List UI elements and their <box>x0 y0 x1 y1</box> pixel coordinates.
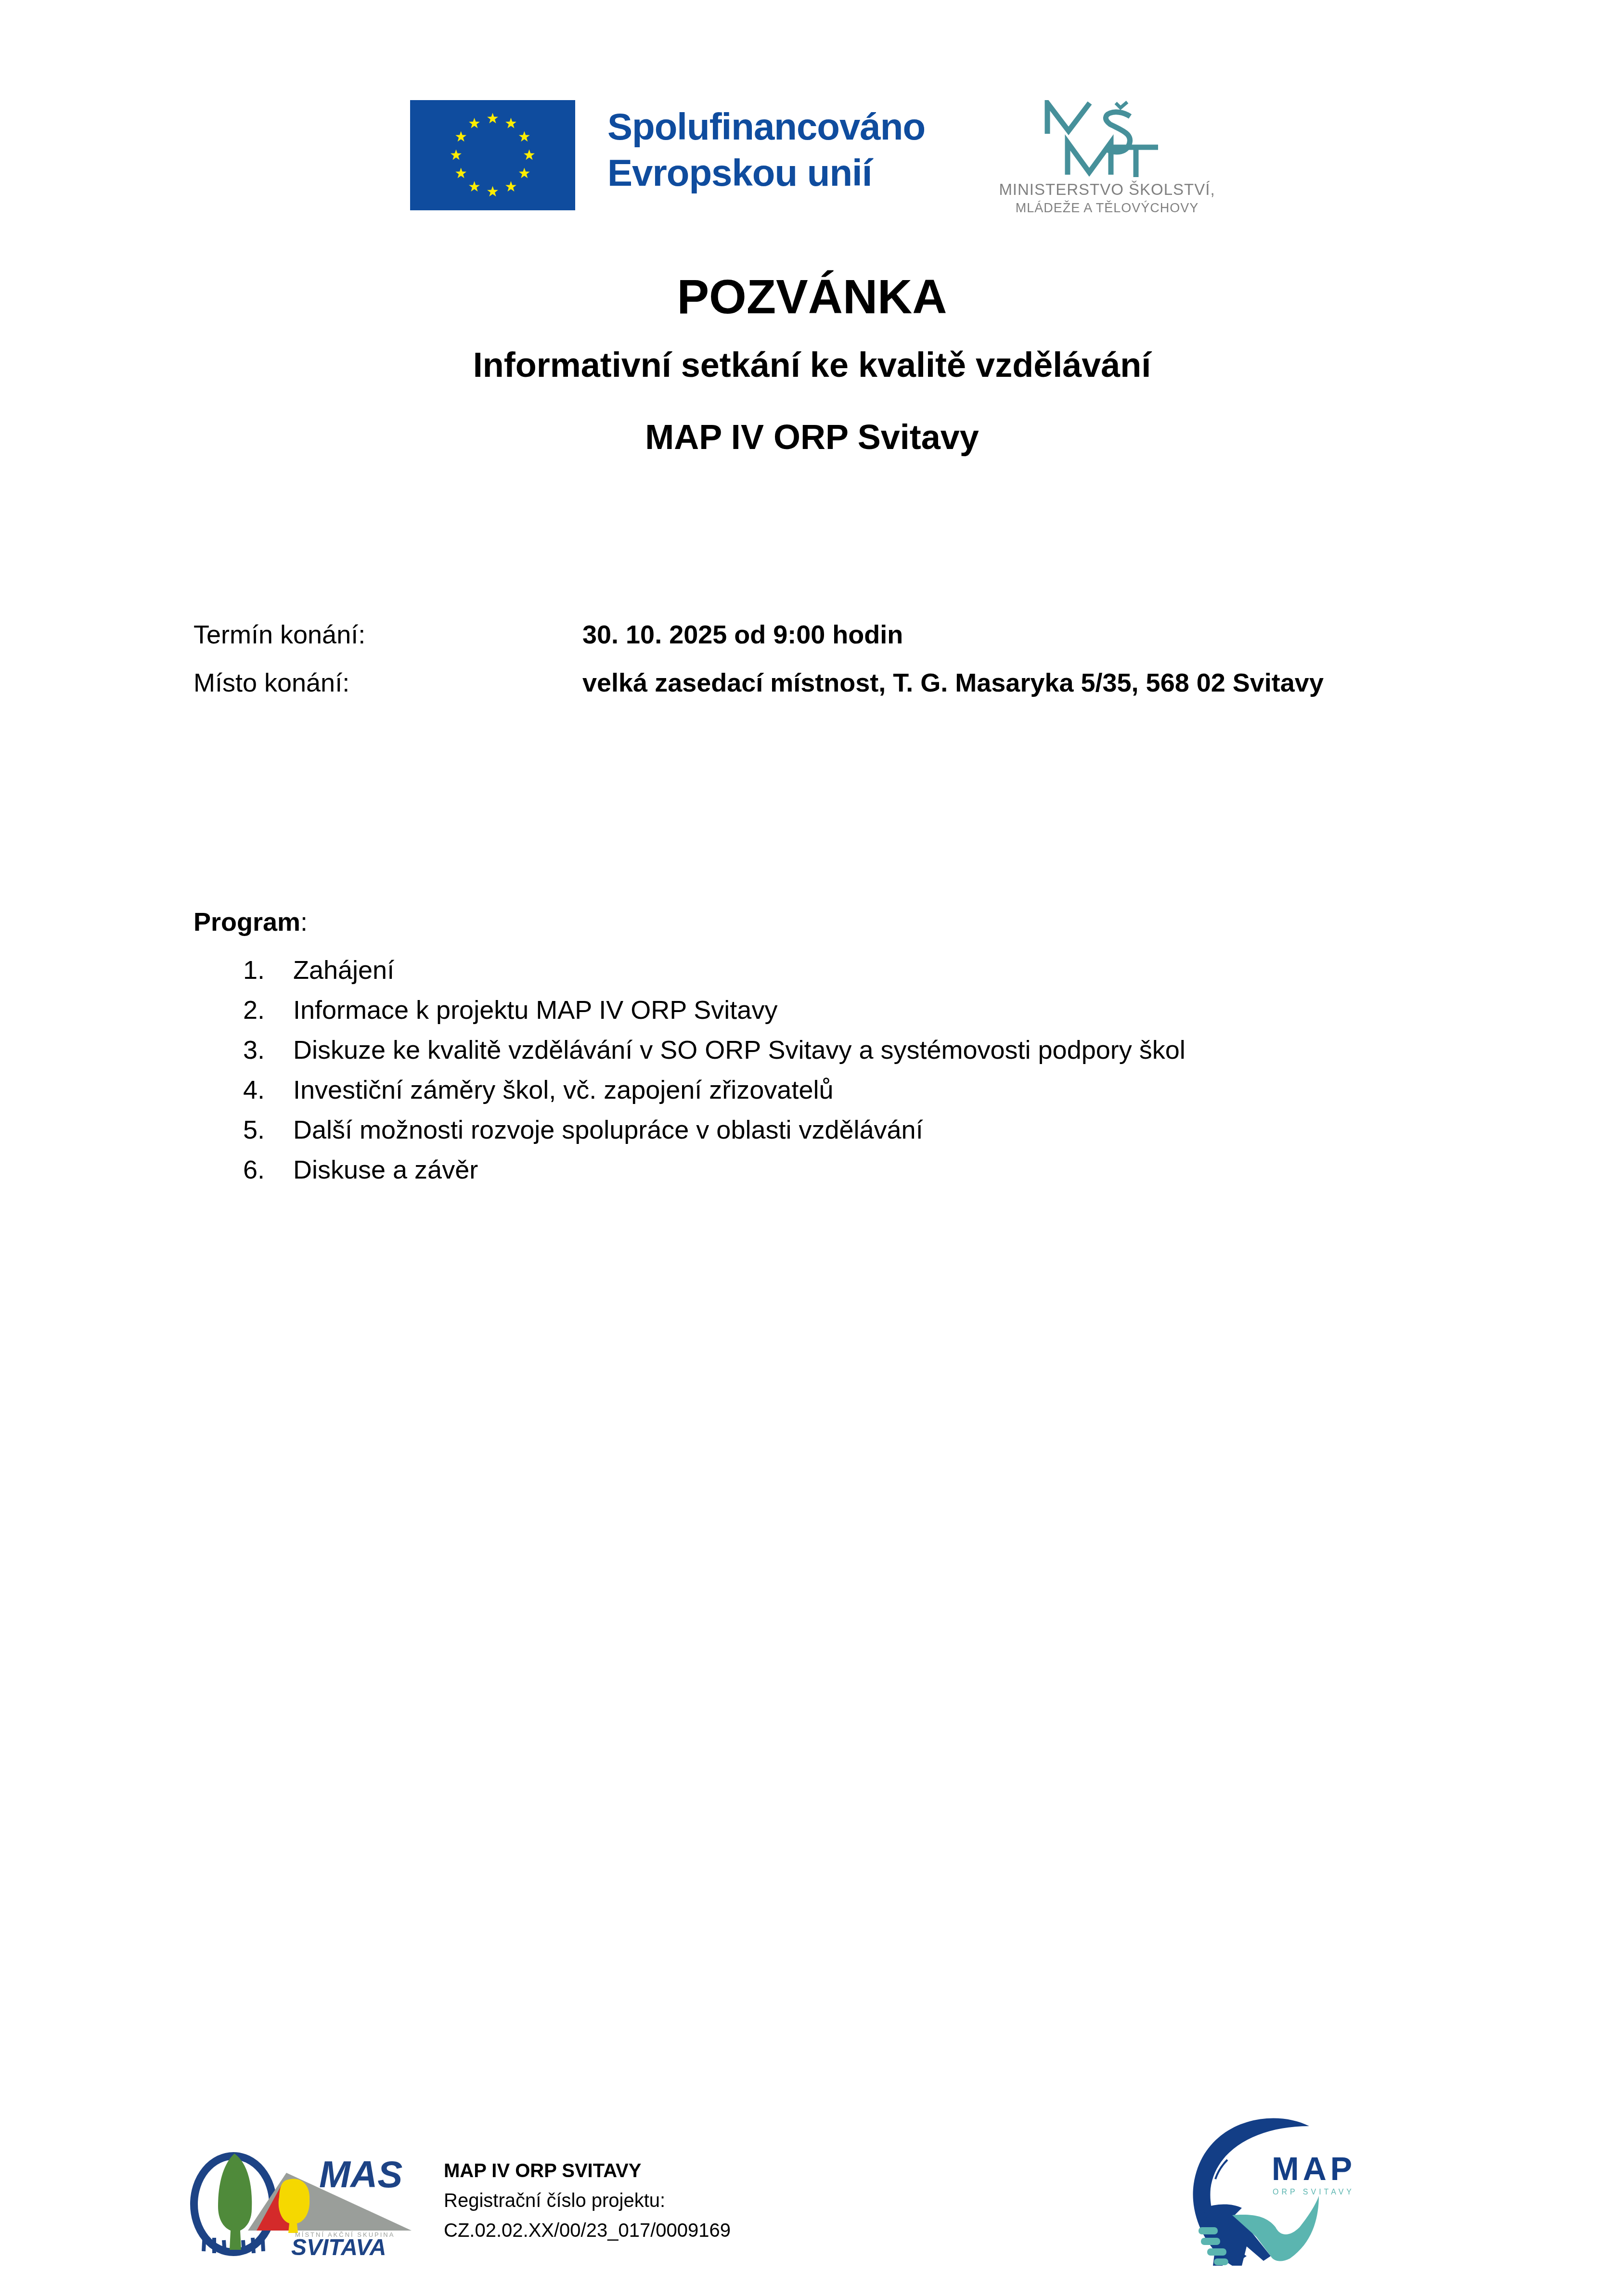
program-item-text: Investiční záměry škol, vč. zapojení zři… <box>293 1075 833 1105</box>
eu-text-line2: Evropskou unií <box>607 150 925 196</box>
program-item-number: 4. <box>243 1075 265 1105</box>
program-item-number: 3. <box>243 1035 265 1065</box>
program-item-number: 5. <box>243 1115 265 1145</box>
program-item-text: Informace k projektu MAP IV ORP Svitavy <box>293 995 777 1025</box>
footer-registration-number: CZ.02.02.XX/00/23_017/0009169 <box>444 2216 731 2245</box>
program-item-text: Diskuze ke kvalitě vzdělávání v SO ORP S… <box>293 1035 1186 1065</box>
eu-cofinanced-text: Spolufinancováno Evropskou unií <box>607 103 925 196</box>
map-handshake-logo-icon: MAP ORP SVITAVY <box>1174 2112 1386 2275</box>
msmt-monogram-icon <box>1044 100 1159 177</box>
program-heading: Program: <box>193 907 308 937</box>
page-subtitle-project: MAP IV ORP Svitavy <box>0 418 1624 457</box>
mas-svitava-logo-icon: MAS MÍSTNÍ AKČNÍ SKUPINA SVITAVA <box>190 2142 421 2257</box>
page-title: POZVÁNKA <box>0 269 1624 325</box>
venue-value: velká zasedací místnost, T. G. Masaryka … <box>582 668 1324 698</box>
program-heading-label: Program <box>193 908 300 936</box>
program-heading-colon: : <box>300 908 308 936</box>
svg-text:SVITAVA: SVITAVA <box>291 2235 386 2257</box>
svg-text:MAP: MAP <box>1272 2151 1356 2187</box>
program-item-text: Diskuse a závěr <box>293 1155 478 1185</box>
program-item-number: 2. <box>243 995 265 1025</box>
page-subtitle: Informativní setkání ke kvalitě vzdělává… <box>0 346 1624 385</box>
program-item-number: 1. <box>243 955 265 985</box>
program-item-text: Zahájení <box>293 955 394 985</box>
svg-text:ORP SVITAVY: ORP SVITAVY <box>1273 2188 1354 2196</box>
eu-text-line1: Spolufinancováno <box>607 103 925 150</box>
svg-text:MAS: MAS <box>319 2153 402 2195</box>
msmt-name-line1: MINISTERSTVO ŠKOLSTVÍ, <box>982 180 1232 199</box>
date-label: Termín konání: <box>193 620 365 650</box>
footer-registration-label: Registrační číslo projektu: <box>444 2186 731 2216</box>
eu-flag-icon <box>410 100 575 210</box>
program-item-number: 6. <box>243 1155 265 1185</box>
footer-project-title: MAP IV ORP SVITAVY <box>444 2156 731 2186</box>
venue-label: Místo konání: <box>193 668 349 698</box>
date-value: 30. 10. 2025 od 9:00 hodin <box>582 620 903 650</box>
program-item-text: Další možnosti rozvoje spolupráce v obla… <box>293 1115 923 1145</box>
footer-project-info: MAP IV ORP SVITAVY Registrační číslo pro… <box>444 2156 731 2245</box>
msmt-name: MINISTERSTVO ŠKOLSTVÍ, MLÁDEŽE A TĚLOVÝC… <box>982 180 1232 217</box>
msmt-name-line2: MLÁDEŽE A TĚLOVÝCHOVY <box>982 199 1232 217</box>
